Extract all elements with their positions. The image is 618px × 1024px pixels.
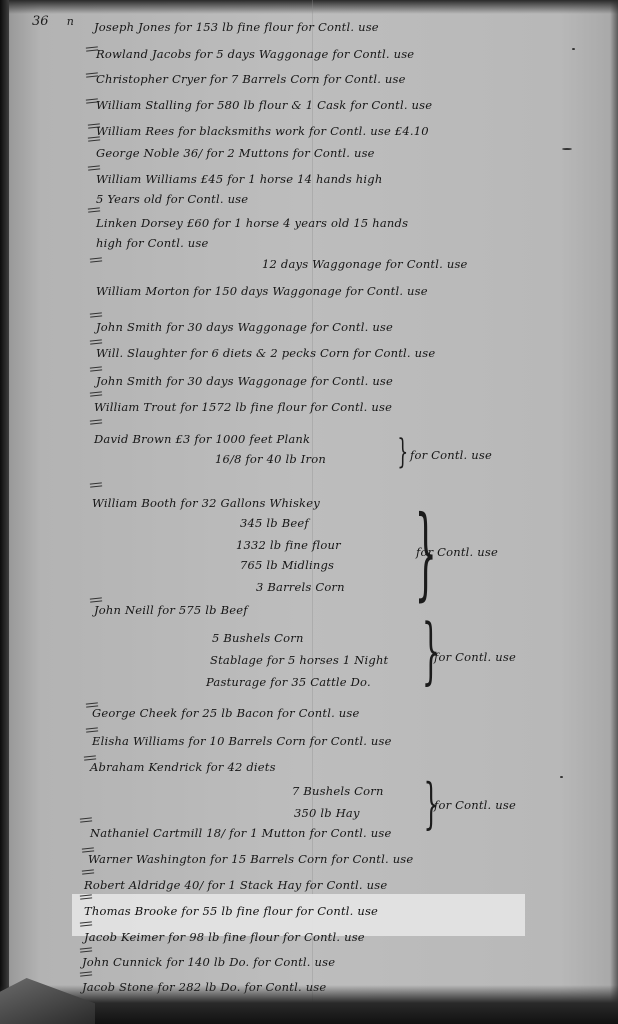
entry-separator <box>80 971 92 976</box>
grouped-entry-line: Stablage for 5 horses 1 Night <box>210 653 388 667</box>
highlighted-ledger-entry: Thomas Brooke for 55 lb fine flour for C… <box>84 904 378 918</box>
grouped-entry-line: 345 lb Beef <box>240 516 309 530</box>
ink-speck <box>562 148 572 150</box>
grouped-entry-line: 1332 lb fine flour <box>236 538 341 552</box>
grouped-entry-line: John Neill for 575 lb Beef <box>94 603 248 617</box>
ledger-entry: Christopher Cryer for 7 Barrels Corn for… <box>96 72 406 86</box>
entry-separator <box>88 165 100 170</box>
ledger-entry-continuation: high for Contl. use <box>96 236 209 250</box>
ledger-page: 36 n Joseph Jones for 153 lb fine flour … <box>0 0 618 1024</box>
brace-icon: } <box>397 432 408 472</box>
grouped-entry-line: 3 Barrels Corn <box>256 580 345 594</box>
entry-separator <box>90 597 102 602</box>
entry-separator <box>90 312 102 317</box>
entry-separator <box>86 727 98 732</box>
entry-separator <box>90 419 102 424</box>
ink-speck <box>560 776 563 778</box>
book-spine-shadow <box>0 0 9 1024</box>
entry-separator <box>88 207 100 212</box>
ledger-entry: Warner Washington for 15 Barrels Corn fo… <box>88 852 413 866</box>
brace-label: for Contl. use <box>416 545 498 559</box>
entry-separator <box>88 136 100 141</box>
grouped-entry-line: 5 Bushels Corn <box>212 631 304 645</box>
ledger-entry: John Smith for 30 days Waggonage for Con… <box>96 374 393 388</box>
grouped-entry-line: David Brown £3 for 1000 feet Plank <box>94 432 310 446</box>
ledger-entry: William Williams £45 for 1 horse 14 hand… <box>96 172 382 186</box>
ledger-entry: 12 days Waggonage for Contl. use <box>262 257 468 271</box>
ledger-entry: George Noble 36/ for 2 Muttons for Contl… <box>96 146 375 160</box>
ledger-entry: Robert Aldridge 40/ for 1 Stack Hay for … <box>84 878 387 892</box>
entry-separator <box>90 366 102 371</box>
entry-separator <box>80 947 92 952</box>
ledger-entry: Linken Dorsey £60 for 1 horse 4 years ol… <box>96 216 408 230</box>
page-number-value: 36 <box>32 14 49 29</box>
grouped-entry-line: William Booth for 32 Gallons Whiskey <box>92 496 320 510</box>
entry-separator <box>80 817 92 822</box>
ledger-entry: William Trout for 1572 lb fine flour for… <box>94 400 392 414</box>
ledger-entry: Elisha Williams for 10 Barrels Corn for … <box>92 734 392 748</box>
ledger-entry: Rowland Jacobs for 5 days Waggonage for … <box>96 47 414 61</box>
ledger-entry: John Cunnick for 140 lb Do. for Contl. u… <box>82 955 335 969</box>
ledger-entry-continuation: 5 Years old for Contl. use <box>96 192 248 206</box>
entry-separator <box>82 869 94 874</box>
grouped-entry-line: 7 Bushels Corn <box>292 784 384 798</box>
ledger-entry: Joseph Jones for 153 lb fine flour for C… <box>94 20 379 34</box>
grouped-entry-line: 765 lb Midlings <box>240 558 334 572</box>
ledger-entry: Will. Slaughter for 6 diets & 2 pecks Co… <box>96 346 435 360</box>
ledger-entry: Jacob Keimer for 98 lb fine flour for Co… <box>84 930 365 944</box>
grouped-entry-line: Abraham Kendrick for 42 diets <box>90 760 276 774</box>
page-number: 36 n <box>32 14 74 29</box>
entry-separator <box>90 257 102 262</box>
entry-separator <box>90 482 102 487</box>
page-marker: n <box>67 15 74 28</box>
ledger-entry: William Morton for 150 days Waggonage fo… <box>96 284 428 298</box>
ink-speck <box>572 48 575 50</box>
ledger-entry: George Cheek for 25 lb Bacon for Contl. … <box>92 706 360 720</box>
entry-separator <box>90 339 102 344</box>
ledger-entry: John Smith for 30 days Waggonage for Con… <box>96 320 393 334</box>
ledger-entry: William Rees for blacksmiths work for Co… <box>96 124 429 138</box>
entry-separator <box>90 391 102 396</box>
ledger-entry: Nathaniel Cartmill 18/ for 1 Mutton for … <box>90 826 391 840</box>
brace-label: for Contl. use <box>410 448 492 462</box>
grouped-entry-line: 350 lb Hay <box>294 806 360 820</box>
brace-label: for Contl. use <box>434 798 516 812</box>
grouped-entry-line: Pasturage for 35 Cattle Do. <box>206 675 371 689</box>
brace-label: for Contl. use <box>434 650 516 664</box>
ledger-entry: William Stalling for 580 lb flour & 1 Ca… <box>96 98 432 112</box>
grouped-entry-line: 16/8 for 40 lb Iron <box>215 452 326 466</box>
